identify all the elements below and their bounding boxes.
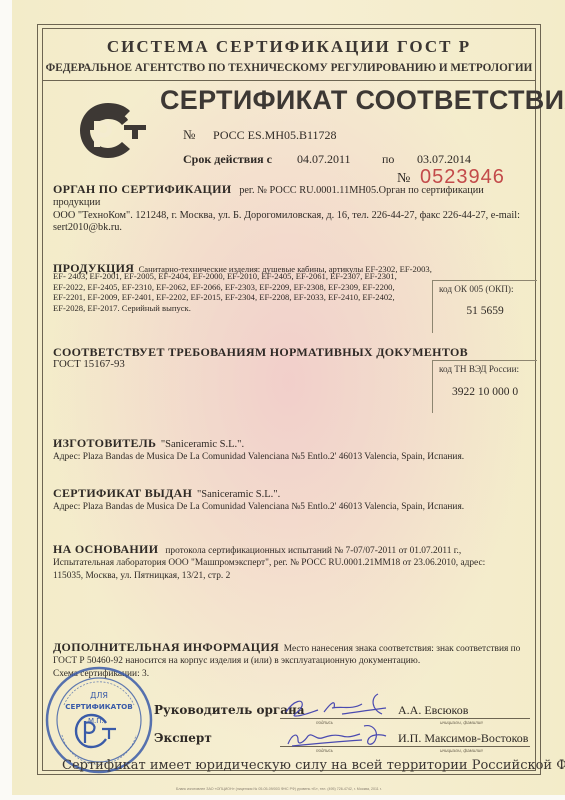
okp-code-label: код ОК 005 (ОКП): <box>439 284 514 294</box>
agency-name: ФЕДЕРАЛЬНОЕ АГЕНТСТВО ПО ТЕХНИЧЕСКОМУ РЕ… <box>42 62 536 74</box>
scan-margin-left <box>0 0 12 800</box>
legal-validity-text: Сертификат имеет юридическую силу на все… <box>62 758 565 773</box>
additional-info-heading: ДОПОЛНИТЕЛЬНАЯ ИНФОРМАЦИЯ <box>53 640 279 654</box>
stamp-middle-text: СЕРТИФИКАТОВ <box>65 702 132 711</box>
product-line2: EF- 2403, EF-2001, EF-2005, EF-2404, EF-… <box>53 271 433 281</box>
basis-line2: Испытательная лаборатория ООО "Машпромэк… <box>53 557 531 569</box>
certification-body-line2: ООО "ТехноКом". 121248, г. Москва, ул. Б… <box>53 210 531 222</box>
certificate-number: РОСС ES.МН05.В11728 <box>213 128 337 143</box>
certification-body-heading: ОРГАН ПО СЕРТИФИКАЦИИ <box>53 182 231 196</box>
valid-from-date: 04.07.2011 <box>297 152 351 167</box>
manufacturer-address: Адрес: Plaza Bandas de Musica De La Comu… <box>53 451 531 463</box>
okp-code-box: код ОК 005 (ОКП): 51 5659 <box>432 280 537 333</box>
valid-to-label: по <box>382 152 394 167</box>
stamp-top-text: ДЛЯ <box>90 691 108 700</box>
basis-line3: 115035, Москва, ул. Пятницкая, 13/21, ст… <box>53 570 531 582</box>
issued-to-heading: СЕРТИФИКАТ ВЫДАН <box>53 486 192 500</box>
document-title: СЕРТИФИКАТ СООТВЕТСТВИЯ <box>160 85 565 116</box>
issued-to-name: "Saniceramic S.L.". <box>197 489 280 500</box>
conformity-heading: СООТВЕТСТВУЕТ ТРЕБОВАНИЯМ НОРМАТИВНЫХ ДО… <box>53 346 531 358</box>
product-line5: EF-2028, EF-2017. Серийный выпуск. <box>53 303 433 313</box>
expert-signature-scribble <box>282 720 392 754</box>
tnved-code-label: код ТН ВЭД России: <box>439 364 519 374</box>
head-name-caption: инициалы, фамилия <box>440 720 483 725</box>
head-signature-scribble <box>282 690 392 724</box>
system-title: СИСТЕМА СЕРТИФИКАЦИИ ГОСТ Р <box>42 37 536 57</box>
head-of-body-name: А.А. Евсюков <box>398 703 468 718</box>
valid-to-date: 03.07.2014 <box>417 152 471 167</box>
additional-info-line1: Место нанесения знака соответствия: знак… <box>284 644 521 654</box>
expert-label: Эксперт <box>154 731 212 745</box>
okp-code-value: 51 5659 <box>433 305 537 317</box>
printer-note: Бланк изготовлен ЗАО «ОПЦИОН» (лицензия … <box>176 787 382 791</box>
issued-to-section: СЕРТИФИКАТ ВЫДАН "Saniceramic S.L.". Адр… <box>53 487 531 514</box>
basis-section: НА ОСНОВАНИИ протокола сертификационных … <box>53 543 531 582</box>
validity-label: Срок действия с <box>183 152 272 167</box>
manufacturer-name: "Saniceramic S.L.". <box>161 439 244 450</box>
manufacturer-heading: ИЗГОТОВИТЕЛЬ <box>53 436 156 450</box>
product-section: ПРОДУКЦИЯ Санитарно-технические изделия:… <box>53 263 433 313</box>
basis-heading: НА ОСНОВАНИИ <box>53 542 158 556</box>
product-line4: EF-2201, EF-2009, EF-2401, EF-2202, EF-2… <box>53 292 433 302</box>
certification-body-section: ОРГАН ПО СЕРТИФИКАЦИИ рег. № РОСС RU.000… <box>53 183 531 235</box>
expert-name-caption: инициалы, фамилия <box>440 748 483 753</box>
certificate-number-label: № <box>183 127 195 143</box>
product-line3: EF-2022, EF-2405, EF-2310, EF-2062, EF-2… <box>53 282 433 292</box>
manufacturer-section: ИЗГОТОВИТЕЛЬ "Saniceramic S.L.". Адрес: … <box>53 437 531 464</box>
issued-to-address: Адрес: Plaza Bandas de Musica De La Comu… <box>53 501 531 513</box>
tnved-code-value: 3922 10 000 0 <box>433 386 537 398</box>
scan-margin-bottom <box>0 795 565 800</box>
tnved-code-box: код ТН ВЭД России: 3922 10 000 0 <box>432 360 537 413</box>
certification-body-email: sert2010@bk.ru. <box>53 222 531 234</box>
expert-name: И.П. Максимов-Востоков <box>398 731 528 746</box>
header-divider <box>42 80 536 81</box>
basis-line1: протокола сертификационных испытаний № 7… <box>165 546 461 556</box>
pct-logo-icon <box>80 103 150 158</box>
